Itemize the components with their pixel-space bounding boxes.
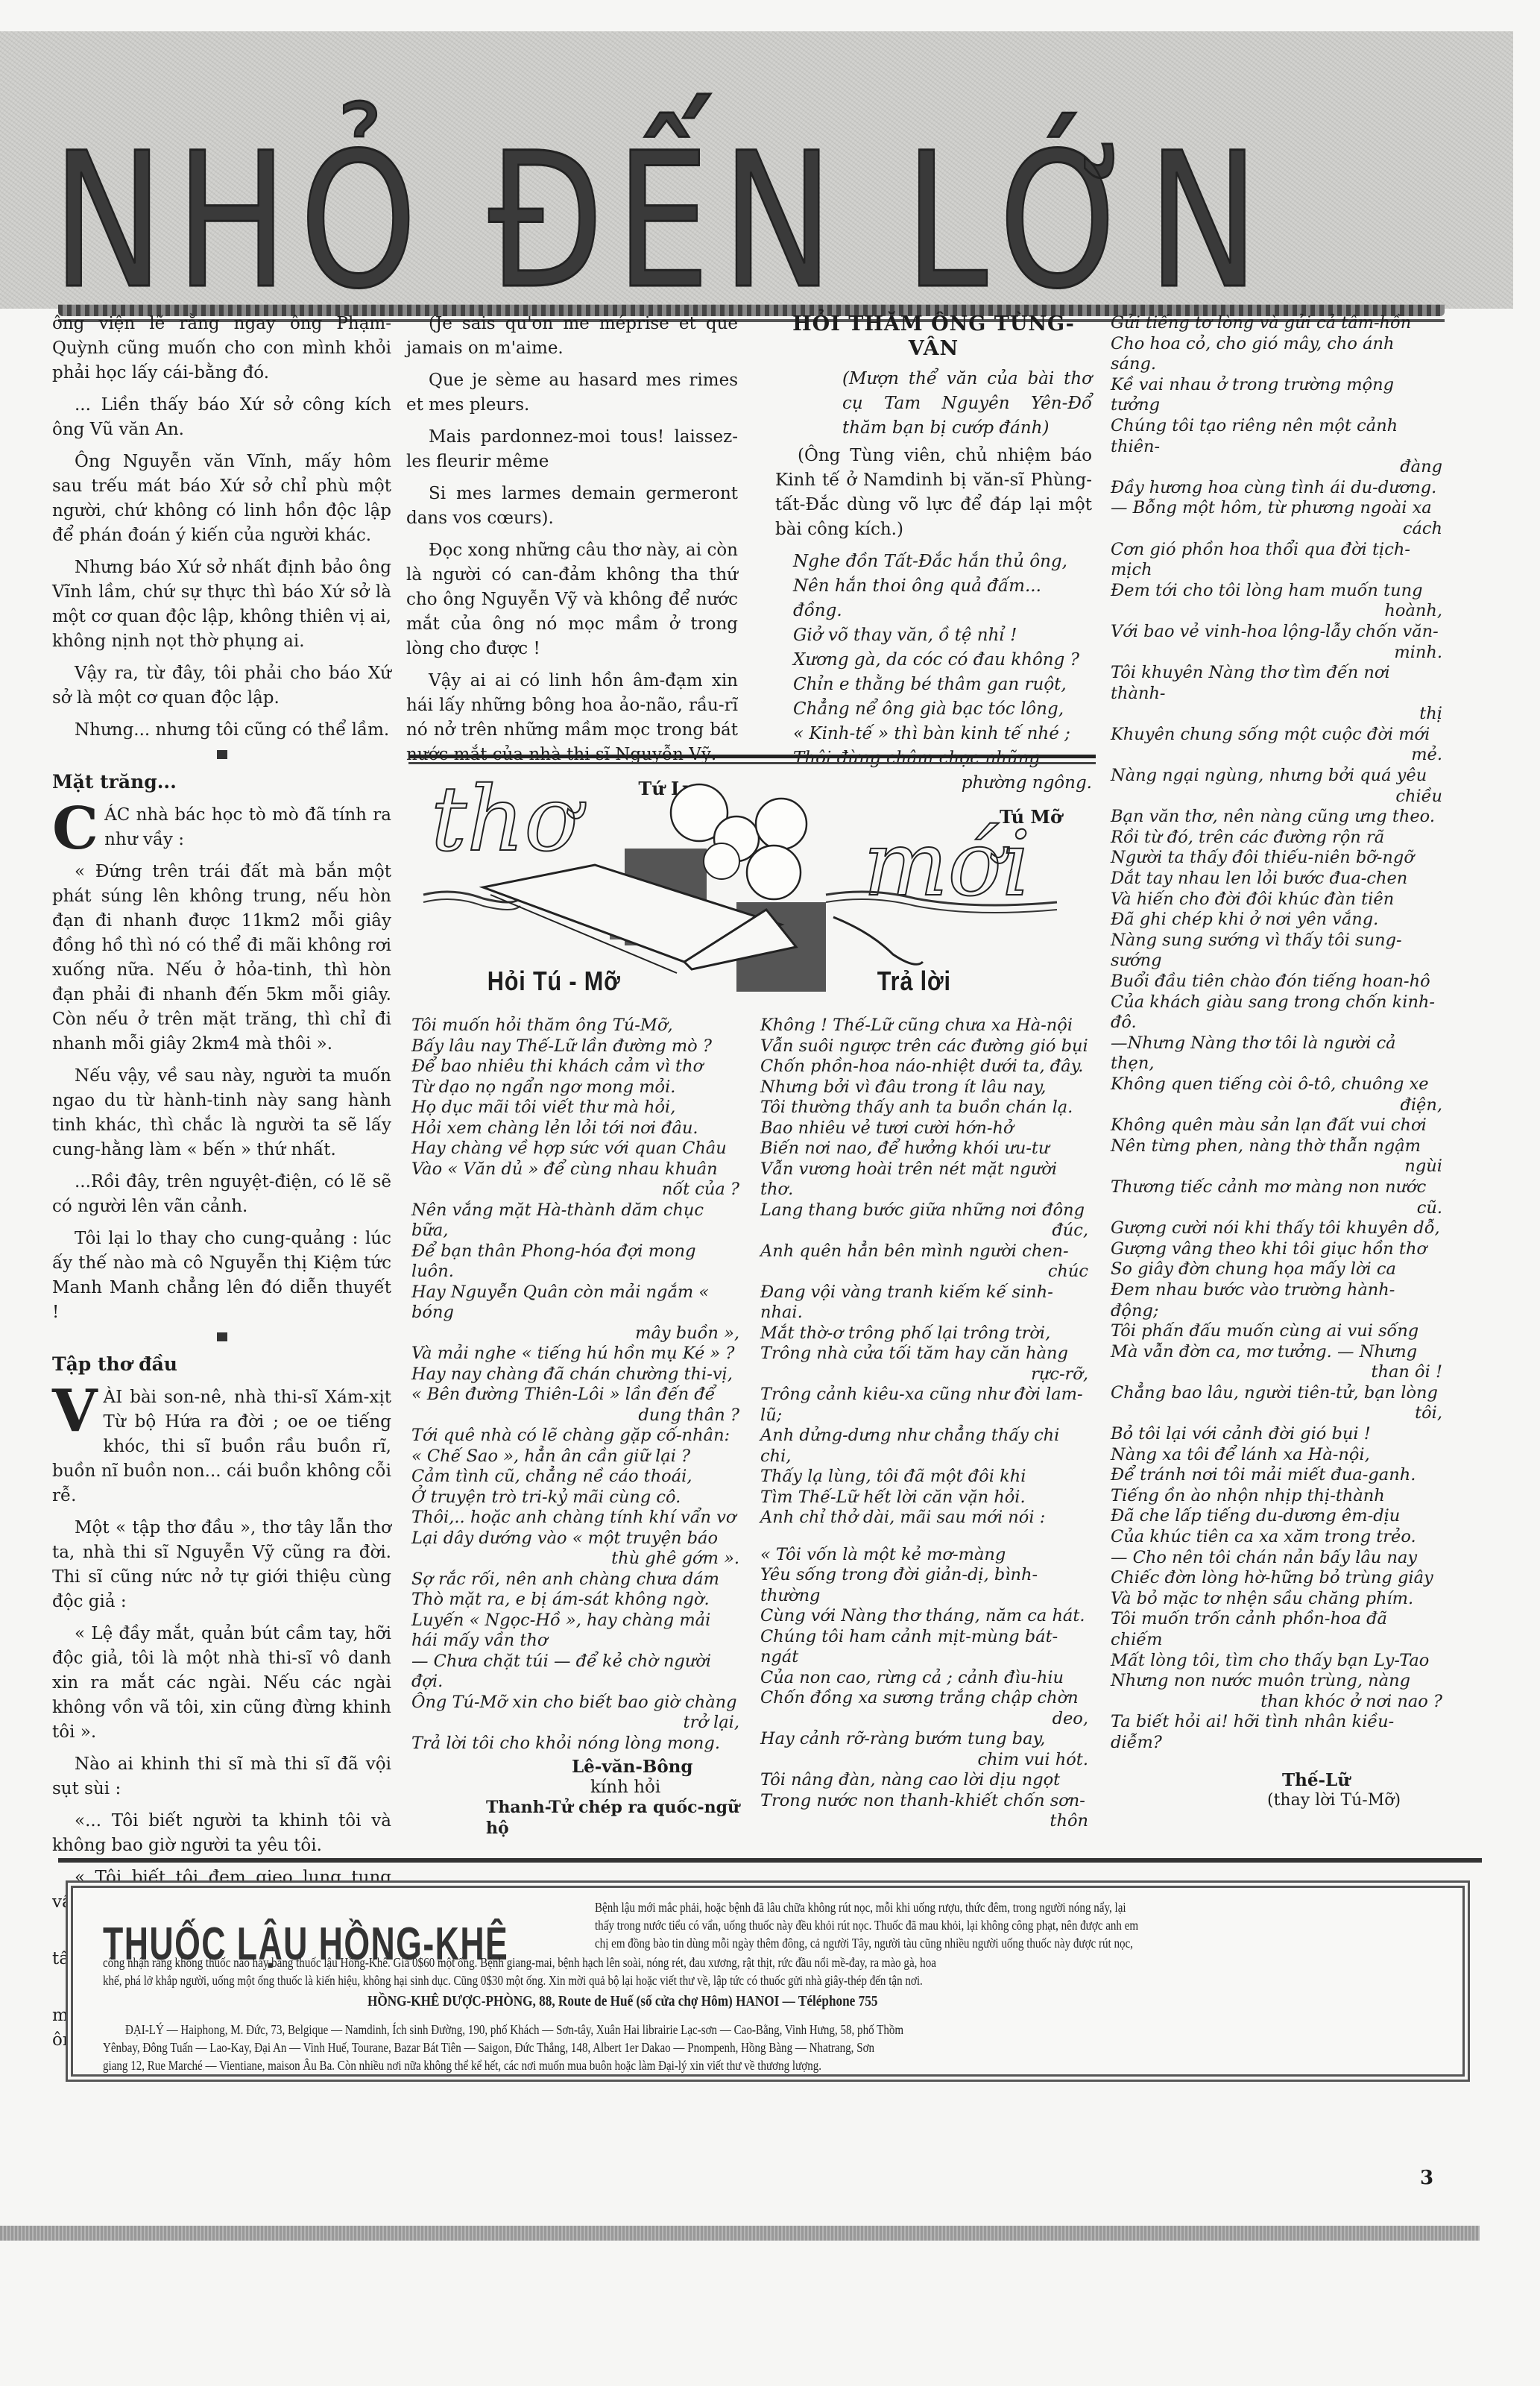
book-and-flowers-icon xyxy=(408,761,1096,992)
poem-line: « Kinh-tế » thì bàn kinh tế nhé ; xyxy=(793,722,1092,746)
paragraph: ... Liền thấy báo Xứ sở công kích ông Vũ… xyxy=(52,393,391,442)
poem-line: Dắt tay nhau len lỏi bước đua-chen xyxy=(1111,869,1442,890)
poem-line: cũ. xyxy=(1111,1198,1442,1219)
poem-line: cách xyxy=(1111,519,1442,540)
paragraph-french: Que je sème au hasard mes rimes et mes p… xyxy=(406,368,738,418)
advertisement-box: THUỐC LẬU HỒNG-KHÊ Bệnh lậu mới mắc phải… xyxy=(66,1880,1470,2082)
poem-line: Tôi khuyên Nàng thơ tìm đến nơi thành- xyxy=(1111,663,1442,704)
poem-line: Chốn đồng xa sương trắng chập chờn xyxy=(760,1688,1088,1709)
poem-line: hái mấy vần thơ xyxy=(411,1631,739,1652)
poem-line: Nghe đồn Tất-Đắc hắn thủ ông, xyxy=(793,550,1092,574)
paragraph: Nào ai khinh thi sĩ mà thi sĩ đã vội sụt… xyxy=(52,1752,391,1801)
poem-line: Đem tới cho tôi lòng ham muốn tung xyxy=(1111,581,1442,602)
poem-line: Và bỏ mặc tơ nhện sầu chăng phím. xyxy=(1111,1589,1442,1610)
poem-line: Lại dây dướng vào « một truyện báo xyxy=(411,1529,739,1549)
poem-line: Yêu sống trong đời giản-dị, bình-thường xyxy=(760,1565,1088,1606)
poem-line: Gượng cười nói khi thấy tôi khuyên dỗ, xyxy=(1111,1218,1442,1239)
ad-text-line: thấy trong nước tiểu có vẩn, uống thuốc … xyxy=(595,1916,1138,1935)
ad-address-line: HỒNG-KHÊ DƯỢC-PHÒNG, 88, Route de Huế (s… xyxy=(367,1992,877,2011)
copied-by: Thanh-Tử chép ra quốc-ngữ hộ xyxy=(486,1798,739,1839)
paragraph: Một « tập thơ đầu », thơ tây lẫn thơ ta,… xyxy=(52,1516,391,1614)
author-note: (thay lời Tú-Mỡ) xyxy=(1267,1790,1442,1811)
poem-line: Bỏ tôi lại với cảnh đời gió bụi ! xyxy=(1111,1424,1442,1445)
poem-line: Và mải nghe « tiếng hú hồn mụ Ké » ? xyxy=(411,1344,739,1364)
poem-line: deo, xyxy=(760,1709,1088,1730)
moon-article: Mặt trăng... CÁC nhà bác học tò mò đã tí… xyxy=(52,769,391,1325)
section-heading: Tập thơ đầu xyxy=(52,1352,391,1376)
ad-text-line: công nhận rằng không thuốc nào hay bằng … xyxy=(103,1954,936,1972)
poem-answer: Không ! Thế-Lữ cũng chưa xa Hà-nộiVẫn su… xyxy=(760,1016,1088,1832)
paragraph-french: Si mes larmes demain germeront dans vos … xyxy=(406,482,738,531)
tho-moi-illustration: thơ mới Hỏi Tú - Mỡ Trả lời xyxy=(408,746,1096,992)
poem-line: Bấy lâu nay Thế-Lữ lần đường mò ? xyxy=(411,1036,739,1057)
poem-line: — Cho nên tôi chán nản bấy lâu nay xyxy=(1111,1548,1442,1569)
poem-line: Để tránh nơi tôi mải miết đua-ganh. xyxy=(1111,1465,1442,1486)
poem-line: — Bỗng một hôm, từ phương ngoài xa xyxy=(1111,498,1442,519)
poem-line: Anh chỉ thở dài, mãi sau mới nói : xyxy=(760,1508,1088,1529)
poem-lines: Tôi muốn hỏi thăm ông Tú-Mỡ,Bấy lâu nay … xyxy=(411,1016,739,1754)
poem-line: thù ghê gớm ». xyxy=(411,1549,739,1570)
poem-line: dung thân ? xyxy=(411,1406,739,1426)
poem-line: Anh quên hẳn bên mình người chen- xyxy=(760,1241,1088,1262)
poem-line: Nàng sung sướng vì thấy tôi sung-sướng xyxy=(1111,931,1442,972)
poem-line: Nhưng non nước muôn trùng, nàng xyxy=(1111,1671,1442,1692)
poem-line: Thôi,.. hoặc anh chàng tính khí vẩn vơ xyxy=(411,1508,739,1529)
column-1: ông viện lẽ rằng ngay ông Phạm-Quỳnh cũn… xyxy=(52,312,391,2060)
ad-address: 88, Route de Huế (số cửa chợ Hôm) HANOI … xyxy=(539,1993,877,2009)
poem-line: —Nhưng Nàng thơ tôi là người cả thẹn, xyxy=(1111,1033,1442,1074)
poem-line: Đem nhau bước vào trường hành-động; xyxy=(1111,1280,1442,1321)
poem-line: Chúng tôi tạo riêng nên một cảnh thiên- xyxy=(1111,416,1442,457)
poem-line: Để bạn thân Phong-hóa đợi mong luôn. xyxy=(411,1241,739,1282)
poem-line: Tiếng ồn ào nhộn nhịp thị-thành xyxy=(1111,1486,1442,1507)
poem-line: Mắt thờ-ơ trông phố lại trông trời, xyxy=(760,1323,1088,1344)
ad-text-line: chị em đồng bào tin dùng mỗi ngày thêm đ… xyxy=(595,1934,1133,1953)
poem-line: Đã che lấp tiếng du-dương êm-dịu xyxy=(1111,1506,1442,1527)
poem-line: Ta biết hỏi ai! hỡi tình nhân kiều-diễm? xyxy=(1111,1712,1442,1753)
poem-line: Tôi thường thấy anh ta buồn chán lạ. xyxy=(760,1098,1088,1118)
poem-line: Kề vai nhau ở trong trường mộng tưởng xyxy=(1111,375,1442,416)
poem-line: Chốn phồn-hoa náo-nhiệt dưới ta, đây. xyxy=(760,1057,1088,1077)
poem-line: Hay chàng về hợp sức với quan Châu xyxy=(411,1139,739,1159)
poem-line: Để bao nhiêu thi khách cảm vì thơ xyxy=(411,1057,739,1077)
poem-line: Thò mặt ra, e bị ám-sát không ngờ. xyxy=(411,1590,739,1611)
poem-line: ngùi xyxy=(1111,1156,1442,1177)
section-separator-icon xyxy=(217,750,227,759)
poem-line: Nhưng bởi vì đâu trong ít lâu nay, xyxy=(760,1077,1088,1098)
intro-article: ông viện lẽ rằng ngay ông Phạm-Quỳnh cũn… xyxy=(52,312,391,743)
ad-text-line: khế, phá lở khắp người, uống một ống thu… xyxy=(103,1971,923,1990)
poem-line: minh. xyxy=(1111,643,1442,664)
poem-line: chim vui hót. xyxy=(760,1750,1088,1771)
poem-line: Tôi muốn trốn cảnh phồn-hoa đã chiếm xyxy=(1111,1609,1442,1650)
paragraph: Ông Nguyễn văn Vĩnh, mấy hôm sau trếu má… xyxy=(52,450,391,548)
poem-line: Rồi từ đó, trên các đường rộn rã xyxy=(1111,828,1442,849)
poem-line: Với bao vẻ vinh-hoa lộng-lẫy chốn văn- xyxy=(1111,622,1442,643)
paragraph: Vậy ra, từ đây, tôi phải cho báo Xứ sở l… xyxy=(52,661,391,711)
poem-heading-left: Hỏi Tú - Mỡ xyxy=(487,966,621,997)
poem-line: mẻ. xyxy=(1111,745,1442,766)
poem-line: Tìm Thế-Lữ hết lời căn vặn hỏi. xyxy=(760,1488,1088,1508)
poem-line: Biến nơi nao, để hưởng khói ưu-tư xyxy=(760,1139,1088,1159)
poem-line: Hay cảnh rỡ-ràng bướm tung bay, xyxy=(760,1729,1088,1750)
poem-line: Khuyên chung sống một cuộc đời mới xyxy=(1111,725,1442,746)
poem-line: nốt của ? xyxy=(411,1180,739,1200)
poem-line: Nên từng phen, nàng thờ thẫn ngậm xyxy=(1111,1136,1442,1157)
poem-line: Đã ghi chép khi ở nơi yên vắng. xyxy=(1111,910,1442,931)
poem-line: tôi, xyxy=(1111,1403,1442,1424)
poem-line: Chẳng nể ông già bạc tóc lông, xyxy=(793,697,1092,722)
poem-line: Luyến « Ngọc-Hồ », hay chàng mải xyxy=(411,1611,739,1631)
poem-line: Trông cảnh kiêu-xa cũng như đời lam-lũ; xyxy=(760,1385,1088,1426)
paragraph: Nhưng báo Xứ sở nhất định bảo ông Vĩnh l… xyxy=(52,555,391,654)
author-note: kính hỏi xyxy=(590,1778,739,1798)
poem-line: đúc, xyxy=(760,1221,1088,1241)
double-rule xyxy=(408,755,1096,758)
poem-line: Cảm tình cũ, chẳng nề cáo thoái, xyxy=(411,1467,739,1488)
paragraph: Đọc xong những câu thơ này, ai còn là ng… xyxy=(406,538,738,661)
paragraph: Tôi lại lo thay cho cung-quảng : lúc ấy … xyxy=(52,1227,391,1325)
poem-line: Nàng ngại ngùng, nhưng bởi quá yêu xyxy=(1111,766,1442,787)
poem-question: Tôi muốn hỏi thăm ông Tú-Mỡ,Bấy lâu nay … xyxy=(411,1016,739,1839)
paragraph: VÀI bài son-nê, nhà thi-sĩ Xám-xịt Từ bộ… xyxy=(52,1385,391,1508)
poem-line: mây buồn », xyxy=(411,1323,739,1344)
poem-line: Sợ rắc rối, nên anh chàng chưa dám xyxy=(411,1570,739,1590)
poem-line: đàng xyxy=(1111,457,1442,478)
poem-line: Bạn văn thơ, nên nàng cũng ưng theo. xyxy=(1111,807,1442,828)
poem-line: Tôi muốn hỏi thăm ông Tú-Mỡ, xyxy=(411,1016,739,1036)
poem-line: Xương gà, da cóc có đau không ? xyxy=(793,648,1092,673)
paragraph: « Lệ đầy mắt, quản bút cầm tay, hỡi độc … xyxy=(52,1622,391,1745)
page-number: 3 xyxy=(1420,2167,1433,2189)
masthead-title: NHỎ ĐẾN LỚN xyxy=(52,136,1173,307)
dropcap: C xyxy=(52,805,98,854)
poem-line: Đang vội vàng tranh kiếm kế sinh-nhai. xyxy=(760,1282,1088,1323)
poem-line: Thương tiếc cảnh mơ màng non nước xyxy=(1111,1177,1442,1198)
poem-line: Không ! Thế-Lữ cũng chưa xa Hà-nội xyxy=(760,1016,1088,1036)
poem-line: Hỏi xem chàng lẻn lỏi tới nơi đâu. xyxy=(411,1118,739,1139)
poem-line: « Chế Sao », hẳn ân cần giữ lại ? xyxy=(411,1447,739,1467)
poem-line: Cơn gió phồn hoa thổi qua đời tịch-mịch xyxy=(1111,540,1442,581)
poem-line: Mà vẫn đờn ca, mơ tưởng. — Nhưng xyxy=(1111,1342,1442,1363)
poem-line: So giây đờn chung họa mấy lời ca xyxy=(1111,1259,1442,1280)
poem-line: Tôi nâng đàn, nàng cao lời dịu ngọt xyxy=(760,1770,1088,1791)
ad-text-line: Bệnh lậu mới mắc phải, hoặc bệnh đã lâu … xyxy=(595,1898,1126,1917)
paragraph: CÁC nhà bác học tò mò đã tính ra như vầy… xyxy=(52,803,391,852)
poem-heading-right: Trả lời xyxy=(877,966,951,997)
poem-line: Thấy lạ lùng, tôi đã một đôi khi xyxy=(760,1467,1088,1488)
poem-line: trở lại, xyxy=(411,1713,739,1734)
poem-line: Cùng với Nàng thơ tháng, năm ca hát. xyxy=(760,1606,1088,1627)
poem-line: Nên vắng mặt Hà-thành dăm chục bữa, xyxy=(411,1200,739,1241)
poem-line: Trả lời tôi cho khỏi nóng lòng mong. xyxy=(411,1734,739,1754)
poem-line: Chẳng bao lâu, người tiên-tử, bạn lòng xyxy=(1111,1383,1442,1404)
poem-line: than ôi ! xyxy=(1111,1362,1442,1383)
poem-line: Anh dửng-dưng như chẳng thấy chi chi, xyxy=(760,1426,1088,1467)
poem-line: Và hiến cho đời đôi khúc đàn tiên xyxy=(1111,890,1442,910)
poem-line: Mất lòng tôi, tìm cho thấy bạn Ly-Tao xyxy=(1111,1651,1442,1672)
poem-line: điện, xyxy=(1111,1095,1442,1116)
paragraph: ông viện lẽ rằng ngay ông Phạm-Quỳnh cũn… xyxy=(52,312,391,385)
section-separator-icon xyxy=(217,1332,227,1341)
poem-line: than khóc ở nơi nao ? xyxy=(1111,1692,1442,1713)
paragraph: Nhưng... nhưng tôi cũng có thể lầm. xyxy=(52,718,391,743)
poem-line: Giở võ thay văn, ồ tệ nhỉ ! xyxy=(793,623,1092,648)
poem-line: Gượng vâng theo khi tôi giục hồn thơ xyxy=(1111,1239,1442,1260)
poem-line: Ở truyện trò tri-kỷ mãi cùng cô. xyxy=(411,1488,739,1508)
ad-agent-line: Yênbay, Đông Tuấn — Lao-Kay, Đại An — Vi… xyxy=(103,2039,874,2057)
poem-lines: Gửi tiếng tơ lòng và gửi cả tâm-hồnCho h… xyxy=(1111,313,1442,1754)
poem-subtitle: (Mượn thể văn của bài thơ cụ Tam Nguyên … xyxy=(842,367,1092,441)
footer-bar xyxy=(0,2226,1480,2241)
poem-line: Lang thang bước giữa những nơi đông xyxy=(760,1200,1088,1221)
ad-pharmacy-name: HỒNG-KHÊ DƯỢC-PHÒNG, xyxy=(367,1993,536,2009)
poem-line: Không quên màu sản lạn đất vui chơi xyxy=(1111,1115,1442,1136)
section-heading: Mặt trăng... xyxy=(52,769,391,794)
poem-line: Tới quê nhà có lẽ chàng gặp cố-nhân: xyxy=(411,1426,739,1447)
masthead-banner: NHỎ ĐẾN LỚN xyxy=(0,31,1513,309)
poem-line: Ông Tú-Mỡ xin cho biết bao giờ chàng xyxy=(411,1693,739,1713)
poem-line: chúc xyxy=(760,1262,1088,1282)
poem-line: Nàng xa tôi để lánh xa Hà-nội, xyxy=(1111,1445,1442,1466)
poem-line: — Chưa chặt túi — để kẻ chờ người đợi. xyxy=(411,1652,739,1693)
poem-line: Trong nước non thanh-khiết chốn sơn- xyxy=(760,1791,1088,1812)
poem-line xyxy=(760,1529,1088,1545)
poem-line: Tôi phấn đấu muốn cùng ai vui sống xyxy=(1111,1321,1442,1342)
poem-line: Buổi đầu tiên chào đón tiếng hoan-hô xyxy=(1111,972,1442,992)
poem-line: Từ dạo nọ ngẩn ngơ mong mỏi. xyxy=(411,1077,739,1098)
poem-line: Của non cao, rừng cả ; cảnh đìu-hiu xyxy=(760,1668,1088,1689)
poem-line: Chúng tôi ham cảnh mịt-mùng bát-ngát xyxy=(760,1627,1088,1668)
ad-agent-line: giang 12, Rue Marché — Vientiane, maison… xyxy=(103,2056,821,2075)
author-name: Lê-văn-Bông xyxy=(572,1757,739,1778)
ad-agent-line: ĐẠI-LÝ — Haiphong, M. Đức, 73, Belgique … xyxy=(125,2021,903,2039)
poem-note: (Ông Tùng viên, chủ nhiệm báo Kinh tế ở … xyxy=(775,444,1092,542)
poem-line: Trông nhà cửa tối tăm hay căn hàng xyxy=(760,1344,1088,1364)
poem-line: chiều xyxy=(1111,787,1442,808)
poem-line: Hay nay chàng đã chán chường thi-vị, xyxy=(411,1364,739,1385)
poem-line: Của khúc tiên ca xa xăm trong trẻo. xyxy=(1111,1527,1442,1548)
poem-line: hoành, xyxy=(1111,601,1442,622)
poem-line: Không quen tiếng còi ô-tô, chuông xe xyxy=(1111,1074,1442,1095)
poem-line: Vào « Văn dủ » để cùng nhau khuân xyxy=(411,1159,739,1180)
poem-line: Vẫn suôi ngược trên các đường gió bụi xyxy=(760,1036,1088,1057)
poem-line: Họ dục mãi tôi viết thư mà hỏi, xyxy=(411,1098,739,1118)
poem-line: thôn xyxy=(760,1811,1088,1832)
column-4-poem-continued: Gửi tiếng tơ lòng và gửi cả tâm-hồnCho h… xyxy=(1111,313,1442,1811)
paragraph-french: (Je sais qu'on me méprise et que jamais … xyxy=(406,312,738,361)
paragraph: « Đứng trên trái đất mà bắn một phát sún… xyxy=(52,860,391,1057)
poem-line: Nên hắn thoi ông quả đấm... đồng. xyxy=(793,574,1092,623)
paragraph-french: Mais pardonnez-moi tous! laissez-les fle… xyxy=(406,425,738,474)
poem-line: thị xyxy=(1111,704,1442,725)
poem-line: Gửi tiếng tơ lòng và gửi cả tâm-hồn xyxy=(1111,313,1442,334)
poem-line: « Bên đường Thiên-Lôi » lần đến để xyxy=(411,1385,739,1406)
poem-title: HỎI THĂM ÔNG TÙNG-VÂN xyxy=(775,312,1092,361)
paragraph: ...Rồi đây, trên nguyệt-điện, có lẽ sẽ c… xyxy=(52,1170,391,1219)
author-name: Thế-Lữ xyxy=(1282,1770,1442,1791)
poem-line: Bao nhiêu vẻ tươi cười hớn-hở xyxy=(760,1118,1088,1139)
dropcap: V xyxy=(52,1387,98,1436)
poem-line: Chiếc đờn lòng hờ-hững bỏ trùng giây xyxy=(1111,1568,1442,1589)
poem-line: Đầy hương hoa cùng tình ái du-dương. xyxy=(1111,478,1442,499)
paragraph: «... Tôi biết người ta khinh tôi và khôn… xyxy=(52,1809,391,1858)
horizontal-rule xyxy=(58,1858,1482,1863)
paragraph: Nếu vậy, về sau này, người ta muốn ngao … xyxy=(52,1064,391,1162)
poem-line: Cho hoa cỏ, cho gió mây, cho ánh sáng. xyxy=(1111,334,1442,375)
poem-line: Chỉn e thằng bé thâm gan ruột, xyxy=(793,673,1092,697)
poem-line: Người ta thấy đôi thiếu-niên bỡ-ngỡ xyxy=(1111,848,1442,869)
poem-line: Của khách giàu sang trong chốn kinh-đô. xyxy=(1111,992,1442,1033)
poem-line: « Tôi vốn là một kẻ mơ-màng xyxy=(760,1545,1088,1566)
poem-line: rực-rỡ, xyxy=(760,1364,1088,1385)
poem-lines: Không ! Thế-Lữ cũng chưa xa Hà-nộiVẫn su… xyxy=(760,1016,1088,1832)
poem-line: Vẫn vương hoài trên nét mặt người thơ. xyxy=(760,1159,1088,1200)
poem-line: Hay Nguyễn Quân còn mải ngắm « bóng xyxy=(411,1282,739,1323)
column-2: (Je sais qu'on me méprise et que jamais … xyxy=(406,312,738,801)
